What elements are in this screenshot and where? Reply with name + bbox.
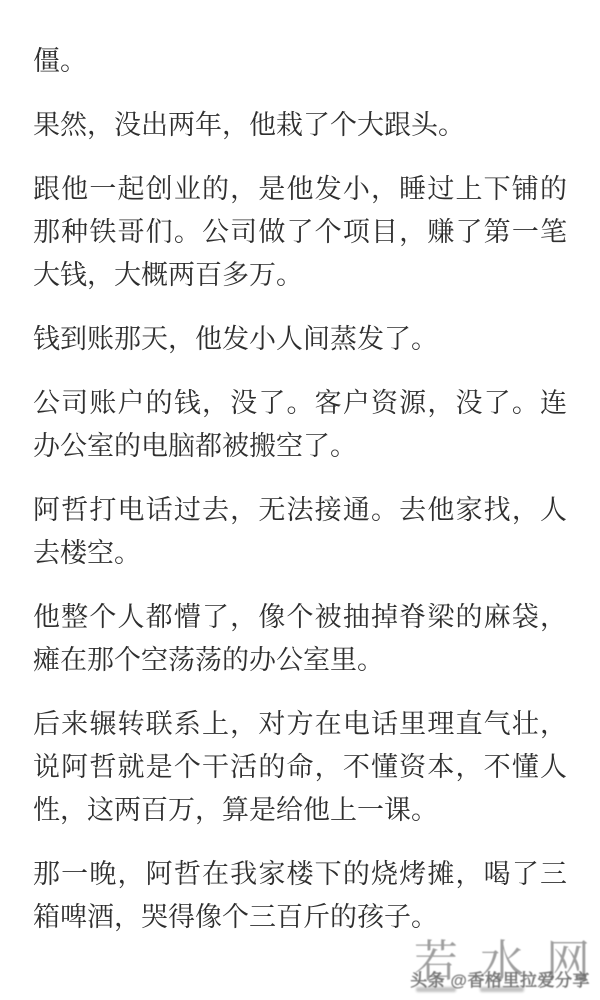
article-paragraph: 阿哲打电话过去，无法接通。去他家找，人去楼空。 <box>33 489 567 575</box>
article-paragraph: 公司账户的钱，没了。客户资源，没了。连办公室的电脑都被搬空了。 <box>33 382 567 468</box>
article-paragraph: 果然，没出两年，他栽了个大跟头。 <box>33 104 567 147</box>
site-watermark: 若 水 网 头条 @香格里拉爱分享 <box>410 940 590 998</box>
watermark-byline: 头条 @香格里拉爱分享 <box>410 966 590 991</box>
article-paragraph: 钱到账那天，他发小人间蒸发了。 <box>33 318 567 361</box>
article-paragraph: 那一晚，阿哲在我家楼下的烧烤摊，喝了三箱啤酒，哭得像个三百斤的孩子。 <box>33 853 567 939</box>
article-body: 僵。 果然，没出两年，他栽了个大跟头。 跟他一起创业的，是他发小，睡过上下铺的那… <box>33 40 567 960</box>
article-paragraph: 跟他一起创业的，是他发小，睡过上下铺的那种铁哥们。公司做了个项目，赚了第一笔大钱… <box>33 168 567 297</box>
article-paragraph: 后来辗转联系上，对方在电话里理直气壮，说阿哲就是个干活的命，不懂资本，不懂人性，… <box>33 703 567 832</box>
article-paragraph: 他整个人都懵了，像个被抽掉脊梁的麻袋，瘫在那个空荡荡的办公室里。 <box>33 596 567 682</box>
article-paragraph: 僵。 <box>33 40 567 83</box>
